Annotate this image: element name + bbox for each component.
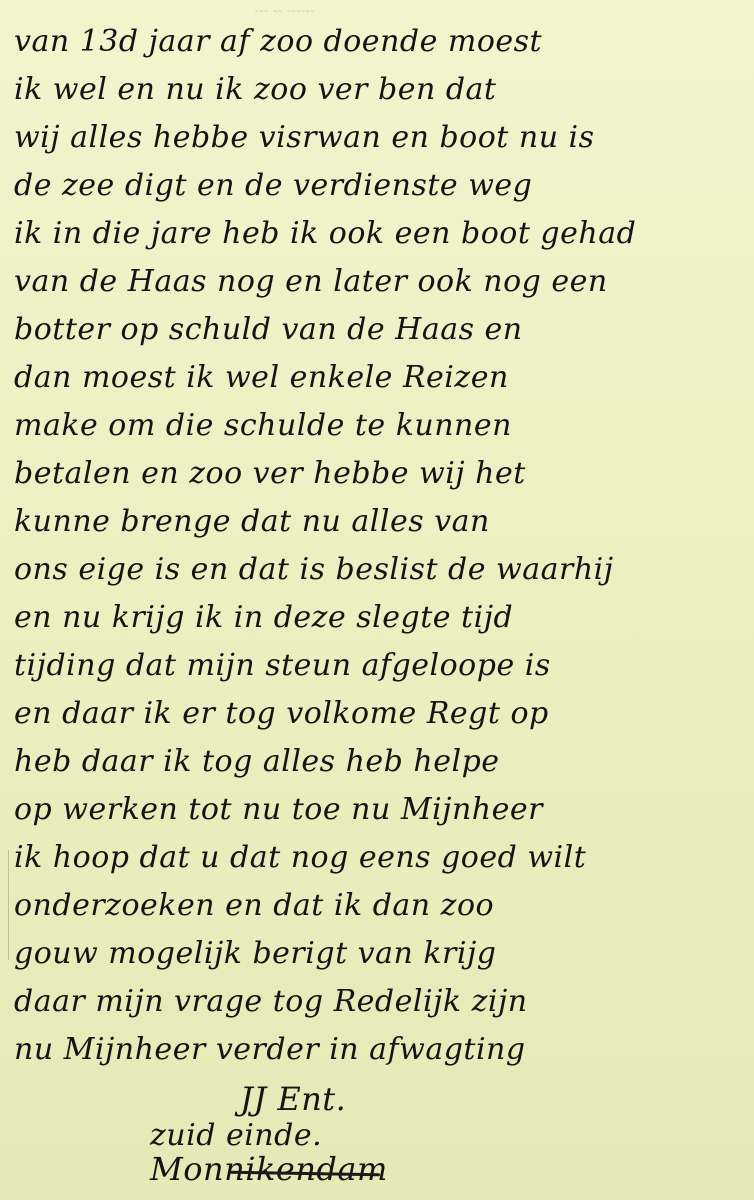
letter-line: van 13d jaar af zoo doende moest (14, 24, 542, 59)
address-street: zuid einde. (150, 1118, 322, 1153)
letter-line: botter op schuld van de Haas en (14, 312, 523, 347)
letter-line: kunne brenge dat nu alles van (14, 504, 490, 539)
address-town: Monnikendam (150, 1150, 388, 1188)
letter-line: tijding dat mijn steun afgeloope is (14, 648, 551, 683)
letter-line: onderzoeken en dat ik dan zoo (14, 888, 494, 923)
letter-line: ons eige is en dat is beslist de waarhij (14, 552, 614, 587)
letter-line: gouw mogelijk berigt van krijg (14, 936, 496, 971)
letter-line: van de Haas nog en later ook nog een (14, 264, 608, 299)
letter-line: nu Mijnheer verder in afwagting (14, 1032, 526, 1067)
letter-line: de zee digt en de verdienste weg (14, 168, 532, 203)
letter-line: wij alles hebbe visrwan en boot nu is (14, 120, 595, 155)
letter-line: daar mijn vrage tog Redelijk zijn (14, 984, 528, 1019)
letter-line: make om die schulde te kunnen (14, 408, 512, 443)
letter-line: ik in die jare heb ik ook een boot gehad (14, 216, 636, 251)
margin-mark (8, 850, 9, 960)
handwritten-letter-page: van 13d jaar af zoo doende moest ik wel … (0, 0, 754, 1200)
letter-line: en daar ik er tog volkome Regt op (14, 696, 549, 731)
letter-line: ik hoop dat u dat nog eens goed wilt (14, 840, 586, 875)
letter-line: betalen en zoo ver hebbe wij het (14, 456, 526, 491)
letter-line: heb daar ik tog alles heb helpe (14, 744, 500, 779)
letter-line: ik wel en nu ik zoo ver ben dat (14, 72, 496, 107)
letter-line: dan moest ik wel enkele Reizen (14, 360, 509, 395)
signature: JJ Ent. (240, 1080, 346, 1118)
letter-line: en nu krijg ik in deze slegte tijd (14, 600, 513, 635)
letter-line: op werken tot nu toe nu Mijnheer (14, 792, 543, 827)
